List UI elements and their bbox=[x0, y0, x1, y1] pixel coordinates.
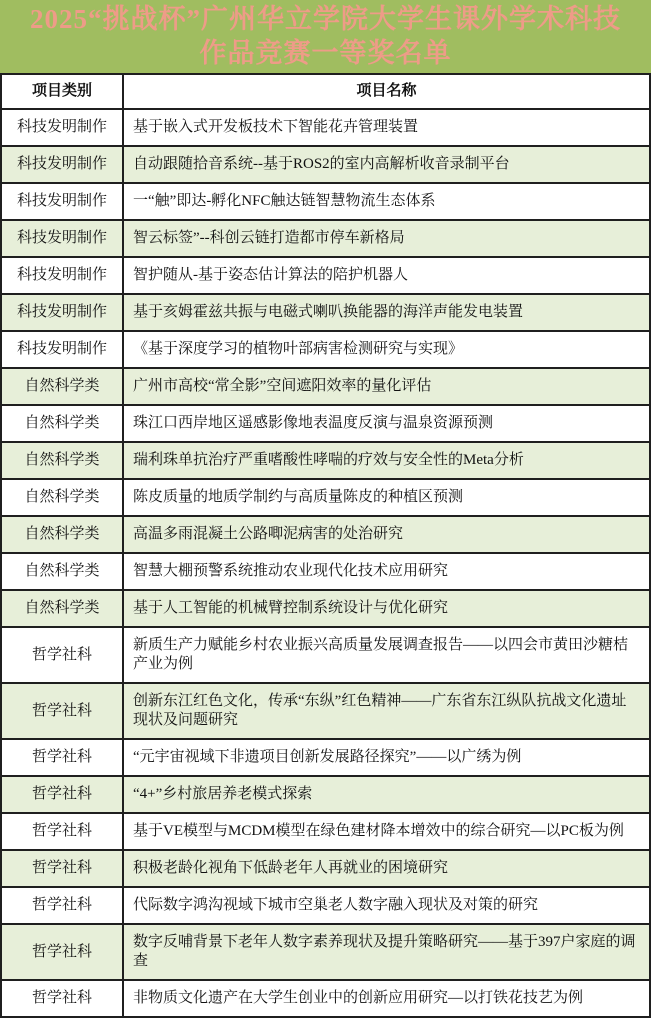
category-cell: 哲学社科 bbox=[1, 739, 123, 776]
category-cell: 科技发明制作 bbox=[1, 220, 123, 257]
table-row: 自然科学类瑞利珠单抗治疗严重嗜酸性哮喘的疗效与安全性的Meta分析 bbox=[1, 442, 650, 479]
category-cell: 科技发明制作 bbox=[1, 183, 123, 220]
table-row: 科技发明制作《基于深度学习的植物叶部病害检测研究与实现》 bbox=[1, 331, 650, 368]
table-row: 哲学社科创新东江红色文化，传承“东纵”红色精神——广东省东江纵队抗战文化遗址现状… bbox=[1, 683, 650, 739]
category-cell: 科技发明制作 bbox=[1, 331, 123, 368]
page-title: 2025“挑战杯”广州华立学院大学生课外学术科技 作品竞赛一等奖名单 bbox=[0, 0, 651, 73]
table-row: 自然科学类广州市高校“常全影”空间遮阳效率的量化评估 bbox=[1, 368, 650, 405]
category-cell: 科技发明制作 bbox=[1, 294, 123, 331]
category-cell: 哲学社科 bbox=[1, 813, 123, 850]
column-header-name: 项目名称 bbox=[123, 74, 650, 109]
project-name-cell: 广州市高校“常全影”空间遮阳效率的量化评估 bbox=[123, 368, 650, 405]
table-row: 科技发明制作智云标签”--科创云链打造都市停车新格局 bbox=[1, 220, 650, 257]
table-row: 自然科学类陈皮质量的地质学制约与高质量陈皮的种植区预测 bbox=[1, 479, 650, 516]
table-row: 科技发明制作智护随从-基于姿态估计算法的陪护机器人 bbox=[1, 257, 650, 294]
project-name-cell: 基于亥姆霍兹共振与电磁式喇叭换能器的海洋声能发电装置 bbox=[123, 294, 650, 331]
page-title-line-2: 作品竞赛一等奖名单 bbox=[8, 36, 643, 70]
project-name-cell: 数字反哺背景下老年人数字素养现状及提升策略研究——基于397户家庭的调查 bbox=[123, 924, 650, 980]
project-name-cell: 创新东江红色文化，传承“东纵”红色精神——广东省东江纵队抗战文化遗址现状及问题研… bbox=[123, 683, 650, 739]
table-row: 自然科学类高温多雨混凝土公路唧泥病害的处治研究 bbox=[1, 516, 650, 553]
project-name-cell: “4+”乡村旅居养老模式探索 bbox=[123, 776, 650, 813]
table-row: 哲学社科“4+”乡村旅居养老模式探索 bbox=[1, 776, 650, 813]
table-row: 哲学社科数字反哺背景下老年人数字素养现状及提升策略研究——基于397户家庭的调查 bbox=[1, 924, 650, 980]
table-row: 哲学社科基于VE模型与MCDM模型在绿色建材降本增效中的综合研究—以PC板为例 bbox=[1, 813, 650, 850]
project-name-cell: 一“触”即达-孵化NFC触达链智慧物流生态体系 bbox=[123, 183, 650, 220]
table-row: 哲学社科非物质文化遗产在大学生创业中的创新应用研究—以打铁花技艺为例 bbox=[1, 980, 650, 1017]
table-row: 哲学社科新质生产力赋能乡村农业振兴高质量发展调查报告——以四会市黄田沙糖桔产业为… bbox=[1, 627, 650, 683]
category-cell: 科技发明制作 bbox=[1, 257, 123, 294]
category-cell: 自然科学类 bbox=[1, 442, 123, 479]
table-row: 哲学社科代际数字鸿沟视域下城市空巢老人数字融入现状及对策的研究 bbox=[1, 887, 650, 924]
project-name-cell: 基于嵌入式开发板技术下智能花卉管理装置 bbox=[123, 109, 650, 146]
project-name-cell: 珠江口西岸地区遥感影像地表温度反演与温泉资源预测 bbox=[123, 405, 650, 442]
category-cell: 哲学社科 bbox=[1, 683, 123, 739]
category-cell: 科技发明制作 bbox=[1, 146, 123, 183]
project-name-cell: 高温多雨混凝土公路唧泥病害的处治研究 bbox=[123, 516, 650, 553]
category-cell: 自然科学类 bbox=[1, 553, 123, 590]
table-row: 科技发明制作基于嵌入式开发板技术下智能花卉管理装置 bbox=[1, 109, 650, 146]
project-name-cell: 智护随从-基于姿态估计算法的陪护机器人 bbox=[123, 257, 650, 294]
project-name-cell: 非物质文化遗产在大学生创业中的创新应用研究—以打铁花技艺为例 bbox=[123, 980, 650, 1017]
category-cell: 科技发明制作 bbox=[1, 109, 123, 146]
category-cell: 哲学社科 bbox=[1, 850, 123, 887]
project-name-cell: 积极老龄化视角下低龄老年人再就业的困境研究 bbox=[123, 850, 650, 887]
category-cell: 哲学社科 bbox=[1, 980, 123, 1017]
project-name-cell: “元宇宙视域下非遗项目创新发展路径探究”——以广绣为例 bbox=[123, 739, 650, 776]
award-list-page: 2025“挑战杯”广州华立学院大学生课外学术科技 作品竞赛一等奖名单 项目类别 … bbox=[0, 0, 651, 1029]
table-row: 哲学社科“元宇宙视域下非遗项目创新发展路径探究”——以广绣为例 bbox=[1, 739, 650, 776]
award-table: 项目类别 项目名称 科技发明制作基于嵌入式开发板技术下智能花卉管理装置科技发明制… bbox=[0, 73, 651, 1018]
category-cell: 自然科学类 bbox=[1, 405, 123, 442]
project-name-cell: 瑞利珠单抗治疗严重嗜酸性哮喘的疗效与安全性的Meta分析 bbox=[123, 442, 650, 479]
header-row: 项目类别 项目名称 bbox=[1, 74, 650, 109]
table-row: 哲学社科积极老龄化视角下低龄老年人再就业的困境研究 bbox=[1, 850, 650, 887]
category-cell: 自然科学类 bbox=[1, 479, 123, 516]
table-row: 科技发明制作一“触”即达-孵化NFC触达链智慧物流生态体系 bbox=[1, 183, 650, 220]
table-row: 自然科学类基于人工智能的机械臂控制系统设计与优化研究 bbox=[1, 590, 650, 627]
project-name-cell: 智云标签”--科创云链打造都市停车新格局 bbox=[123, 220, 650, 257]
table-row: 科技发明制作基于亥姆霍兹共振与电磁式喇叭换能器的海洋声能发电装置 bbox=[1, 294, 650, 331]
project-name-cell: 《基于深度学习的植物叶部病害检测研究与实现》 bbox=[123, 331, 650, 368]
page-title-line-1: 2025“挑战杯”广州华立学院大学生课外学术科技 bbox=[8, 2, 643, 36]
category-cell: 自然科学类 bbox=[1, 516, 123, 553]
project-name-cell: 基于人工智能的机械臂控制系统设计与优化研究 bbox=[123, 590, 650, 627]
category-cell: 自然科学类 bbox=[1, 590, 123, 627]
project-name-cell: 智慧大棚预警系统推动农业现代化技术应用研究 bbox=[123, 553, 650, 590]
project-name-cell: 陈皮质量的地质学制约与高质量陈皮的种植区预测 bbox=[123, 479, 650, 516]
category-cell: 哲学社科 bbox=[1, 924, 123, 980]
category-cell: 自然科学类 bbox=[1, 368, 123, 405]
category-cell: 哲学社科 bbox=[1, 627, 123, 683]
table-row: 自然科学类珠江口西岸地区遥感影像地表温度反演与温泉资源预测 bbox=[1, 405, 650, 442]
category-cell: 哲学社科 bbox=[1, 887, 123, 924]
project-name-cell: 基于VE模型与MCDM模型在绿色建材降本增效中的综合研究—以PC板为例 bbox=[123, 813, 650, 850]
table-row: 科技发明制作自动跟随拾音系统--基于ROS2的室内高解析收音录制平台 bbox=[1, 146, 650, 183]
project-name-cell: 代际数字鸿沟视域下城市空巢老人数字融入现状及对策的研究 bbox=[123, 887, 650, 924]
column-header-category: 项目类别 bbox=[1, 74, 123, 109]
category-cell: 哲学社科 bbox=[1, 776, 123, 813]
table-row: 自然科学类智慧大棚预警系统推动农业现代化技术应用研究 bbox=[1, 553, 650, 590]
project-name-cell: 自动跟随拾音系统--基于ROS2的室内高解析收音录制平台 bbox=[123, 146, 650, 183]
project-name-cell: 新质生产力赋能乡村农业振兴高质量发展调查报告——以四会市黄田沙糖桔产业为例 bbox=[123, 627, 650, 683]
table-body: 科技发明制作基于嵌入式开发板技术下智能花卉管理装置科技发明制作自动跟随拾音系统-… bbox=[1, 109, 650, 1017]
